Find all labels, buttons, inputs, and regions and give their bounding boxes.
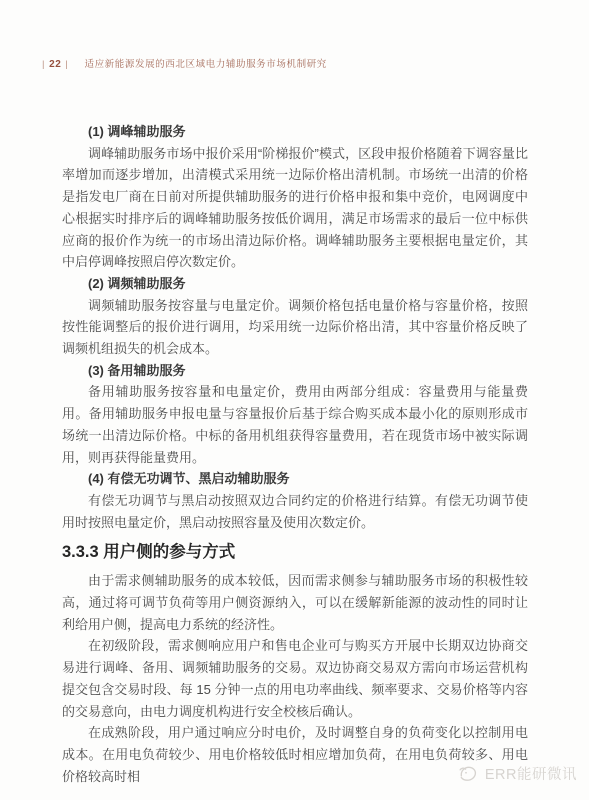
item-heading-reactive-blackstart: (4) 有偿无功调节、黑启动辅助服务: [62, 468, 528, 490]
page-content: (1) 调峰辅助服务 调峰辅助服务市场中报价采用“阶梯报价”模式，区段申报价格随…: [62, 121, 528, 787]
header-right-bar: |: [65, 59, 68, 70]
paragraph-initial-stage: 在初级阶段，需求侧响应用户和售电企业可与购买方开展中长期双边协商交易进行调峰、备…: [62, 635, 528, 722]
paragraph-reactive-blackstart: 有偿无功调节与黑启动按照双边合同约定的价格进行结算。有偿无功调节使用时按照电量定…: [62, 490, 528, 533]
item-heading-peak-regulation: (1) 调峰辅助服务: [62, 121, 528, 143]
page-header: |22|适应新能源发展的西北区域电力辅助服务市场机制研究: [38, 56, 549, 70]
section-heading-3-3-3: 3.3.3 用户侧的参与方式: [62, 540, 528, 564]
paragraph-demand-side-intro: 由于需求侧辅助服务的成本较低，因而需求侧参与辅助服务市场的积极性较高，通过将可调…: [62, 570, 528, 635]
item-heading-reserve-service: (3) 备用辅助服务: [62, 360, 528, 382]
watermark: ERR能研微讯: [457, 762, 577, 785]
document-page: |22|适应新能源发展的西北区域电力辅助服务市场机制研究 (1) 调峰辅助服务 …: [0, 0, 589, 800]
paragraph-reserve-service: 备用辅助服务按容量和电量定价，费用由两部分组成：容量费用与能量费用。备用辅助服务…: [62, 381, 528, 468]
paragraph-peak-regulation: 调峰辅助服务市场中报价采用“阶梯报价”模式，区段申报价格随着下调容量比率增加而逐…: [62, 143, 528, 273]
header-left-bar: |: [42, 59, 45, 70]
document-title: 适应新能源发展的西北区域电力辅助服务市场机制研究: [84, 59, 326, 70]
page-number: 22: [49, 59, 61, 70]
item-heading-frequency-regulation: (2) 调频辅助服务: [62, 273, 528, 295]
watermark-text: ERR能研微讯: [485, 763, 577, 784]
paragraph-frequency-regulation: 调频辅助服务按容量与电量定价。调频价格包括电量价格与容量价格，按照按性能调整后的…: [62, 295, 528, 360]
whale-doodle-icon: [457, 762, 480, 785]
